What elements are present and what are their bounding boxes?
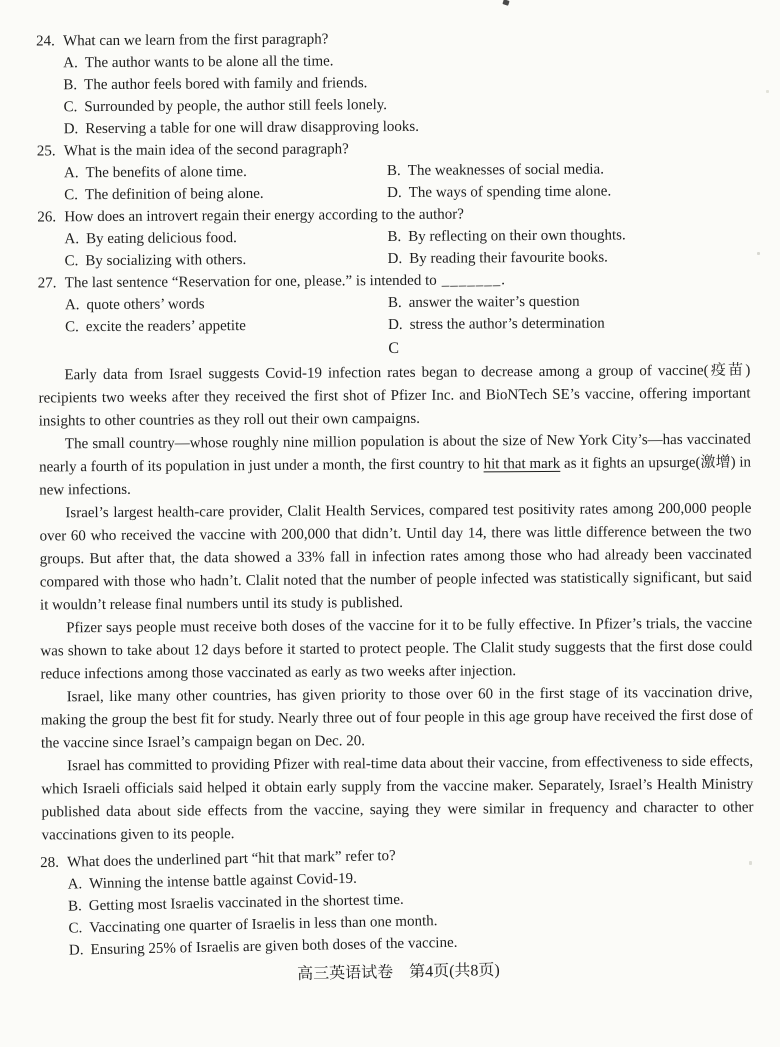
option-text: By socializing with others. <box>85 252 246 269</box>
question-number: 27. <box>38 272 65 294</box>
option-text: By reflecting on their own thoughts. <box>408 227 626 245</box>
option-text: answer the waiter’s question <box>409 294 580 311</box>
stem-text: . <box>501 272 505 288</box>
option-25-d: D.The ways of spending time alone. <box>387 180 749 205</box>
option-25-a: A.The benefits of alone time. <box>64 160 387 184</box>
option-25-c: C.The definition of being alone. <box>64 182 387 206</box>
option-26-d: D.By reading their favourite books. <box>388 246 750 271</box>
option-label: B. <box>387 229 401 245</box>
option-text: quote others’ words <box>86 296 204 313</box>
option-text: excite the readers’ appetite <box>86 318 246 335</box>
passage-paragraph-3: Israel’s largest health-care provider, C… <box>39 498 752 618</box>
option-text: Reserving a table for one will draw disa… <box>85 119 419 137</box>
scan-speck <box>766 90 769 93</box>
question-number: 25. <box>37 140 64 162</box>
option-label: A. <box>64 165 79 181</box>
option-label: B. <box>388 295 402 311</box>
answer-blank: _______ <box>442 272 502 288</box>
passage-paragraph-1: Early data from Israel suggests Covid-19… <box>38 360 750 434</box>
option-text: The weaknesses of social media. <box>408 162 604 179</box>
option-label: C. <box>64 187 78 203</box>
option-label: C. <box>65 319 79 335</box>
option-27-b: B.answer the waiter’s question <box>388 290 750 315</box>
passage-paragraph-4: Pfizer says people must receive both dos… <box>40 613 752 687</box>
option-label: B. <box>63 77 77 93</box>
bottom-block: 28. What does the underlined part “hit t… <box>40 838 755 991</box>
passage-paragraph-6: Israel has committed to providing Pfizer… <box>41 750 754 847</box>
option-label: A. <box>67 876 82 892</box>
option-label: D. <box>388 251 403 267</box>
option-26-b: B.By reflecting on their own thoughts. <box>387 224 749 249</box>
question-25: 25. What is the main idea of the second … <box>37 136 749 207</box>
option-text: The benefits of alone time. <box>86 164 247 181</box>
option-text: The definition of being alone. <box>85 186 264 203</box>
passage-paragraph-2: The small country—whose roughly nine mil… <box>39 429 751 503</box>
page-footer: 高三英语试卷第4页(共8页) <box>42 955 754 991</box>
option-label: A. <box>65 297 80 313</box>
question-number: 24. <box>36 30 63 52</box>
question-28: 28. What does the underlined part “hit t… <box>40 838 754 962</box>
scan-speck <box>502 0 509 6</box>
passage-text: Israel, like many other countries, has g… <box>41 684 753 751</box>
exam-page: 24. What can we learn from the first par… <box>36 26 755 987</box>
option-text: stress the author’s determination <box>410 316 605 333</box>
question-27: 27. The last sentence “Reservation for o… <box>38 268 750 339</box>
question-24: 24. What can we learn from the first par… <box>36 26 749 141</box>
footer-exam-title: 高三英语试卷 <box>297 964 393 983</box>
option-label: A. <box>64 231 79 247</box>
passage-text: Pfizer says people must receive both dos… <box>40 616 752 683</box>
passage-text: Israel’s largest health-care provider, C… <box>39 501 751 614</box>
scan-speck <box>757 252 760 255</box>
stem-text: The last sentence “Reservation for one, … <box>65 273 437 292</box>
question-26: 26. How does an introvert regain their e… <box>37 202 749 273</box>
option-text: Surrounded by people, the author still f… <box>84 97 387 115</box>
option-label: D. <box>69 942 84 958</box>
underlined-phrase: hit that mark <box>483 456 560 473</box>
option-26-c: C.By socializing with others. <box>65 248 388 272</box>
option-label: C. <box>63 99 77 115</box>
option-text: Winning the intense battle against Covid… <box>89 871 357 892</box>
passage-paragraph-5: Israel, like many other countries, has g… <box>41 681 753 755</box>
passage-text: Israel has committed to providing Pfizer… <box>41 753 753 843</box>
option-label: B. <box>68 898 82 914</box>
option-label: D. <box>387 185 402 201</box>
passage-text: Early data from Israel suggests Covid-19… <box>39 363 751 430</box>
option-27-a: A.quote others’ words <box>65 292 388 316</box>
question-number: 28. <box>40 852 67 875</box>
option-text: Ensuring 25% of Israelis are given both … <box>90 935 457 958</box>
option-text: The ways of spending time alone. <box>409 183 612 200</box>
option-label: A. <box>63 55 78 71</box>
option-text: The author feels bored with family and f… <box>84 75 367 93</box>
option-27-d: D.stress the author’s determination <box>388 312 750 337</box>
option-text: By reading their favourite books. <box>409 249 608 266</box>
question-number: 26. <box>37 206 64 228</box>
option-label: D. <box>388 317 403 333</box>
option-text: The author wants to be alone all the tim… <box>85 53 334 71</box>
option-25-b: B.The weaknesses of social media. <box>387 158 749 183</box>
option-26-a: A.By eating delicious food. <box>64 226 387 250</box>
option-27-c: C.excite the readers’ appetite <box>65 314 388 338</box>
footer-page-number: 第4页(共8页) <box>409 962 500 981</box>
option-label: C. <box>68 920 82 936</box>
option-label: D. <box>64 121 79 137</box>
option-label: B. <box>387 163 401 179</box>
option-label: C. <box>65 253 79 269</box>
option-text: By eating delicious food. <box>86 230 237 247</box>
